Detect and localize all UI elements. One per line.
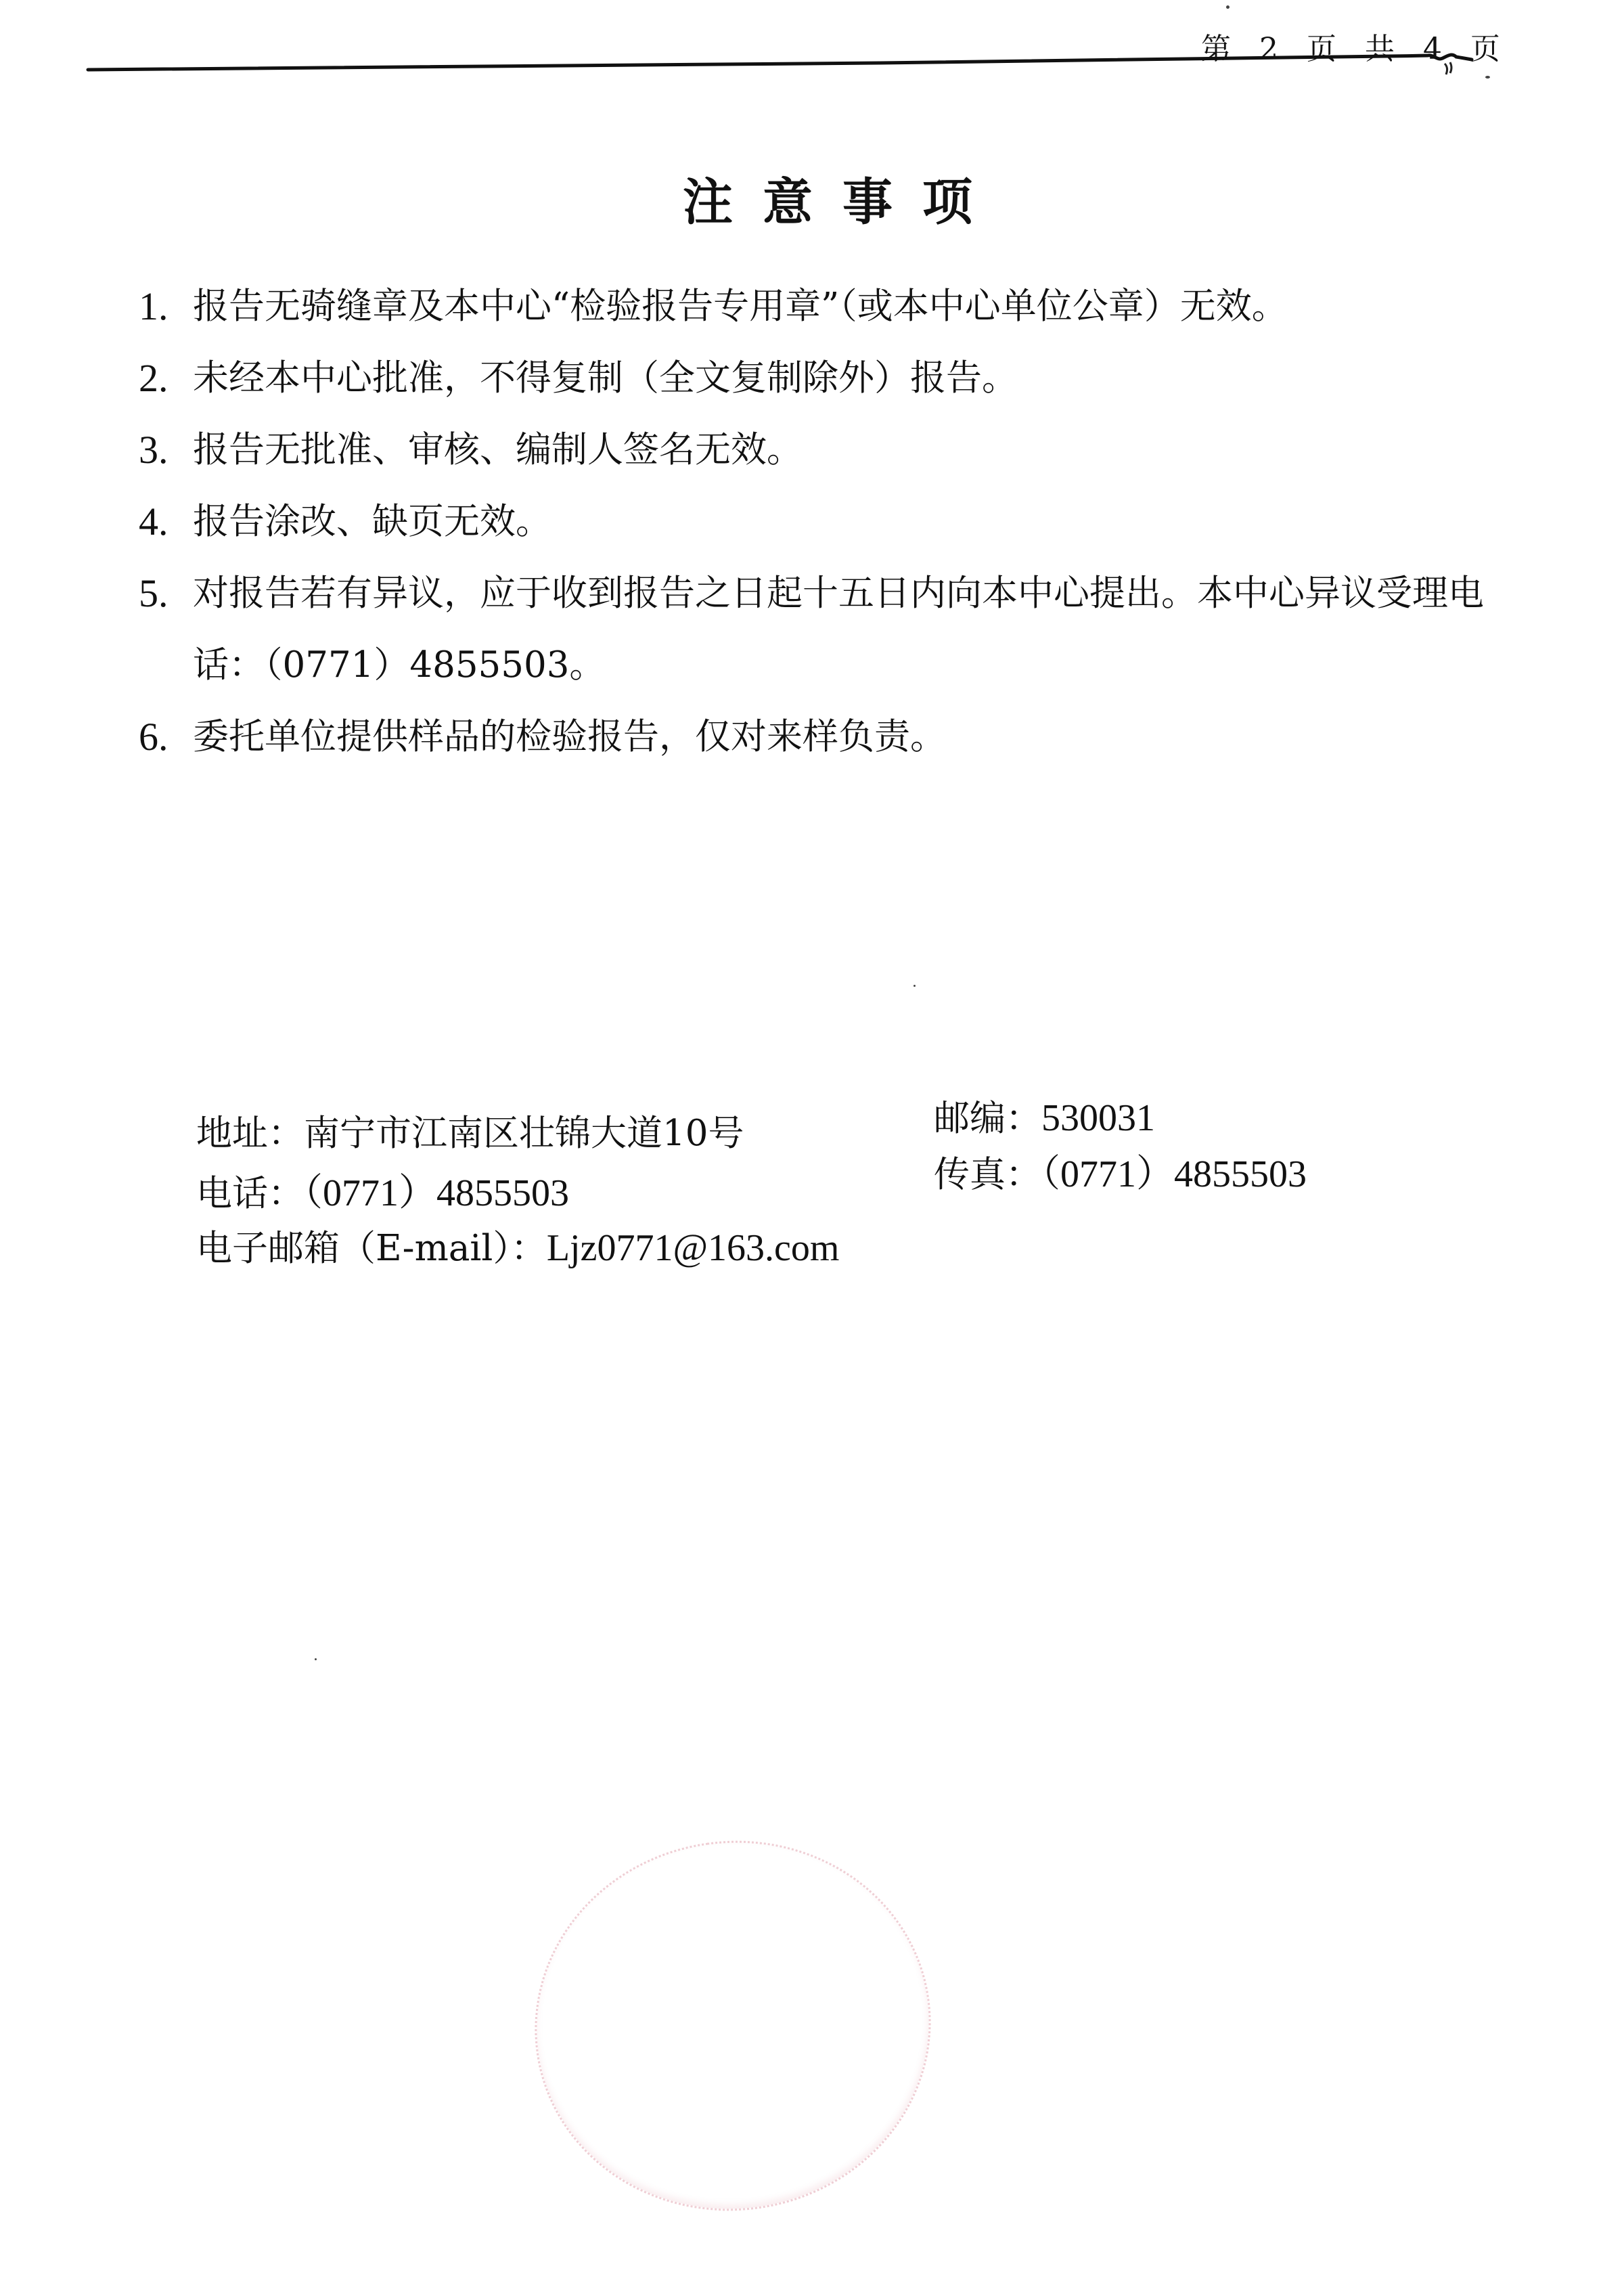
scan-speck (315, 1658, 317, 1660)
contact-fax: 传真：（0771）4855503 (934, 1144, 1307, 1198)
page-indicator: 第 2 页 共 4 页 (1201, 24, 1510, 68)
notice-item: 4. 报告涂改、缺页无效。 (139, 486, 1506, 558)
notice-list: 1. 报告无骑缝章及本中心“检验报告专用章”（或本中心单位公章）无效。 2. 未… (139, 271, 1506, 773)
postcode-value: 530031 (1041, 1097, 1155, 1139)
phone-value: （0771）4855503 (304, 1172, 569, 1214)
scan-speck (1226, 5, 1230, 9)
contact-block: 地址：南宁市江南区壮锦大道10号 邮编：530031 电话：（0771）4855… (196, 1090, 1482, 1293)
notice-text: 委托单位提供样品的检验报告，仅对来样负责。 (193, 701, 1506, 773)
email-value: Ljz0771@163.com (547, 1227, 840, 1269)
notice-text: 对报告若有异议，应于收到报告之日起十五日内向本中心提出。本中心异议受理电话：（0… (193, 558, 1506, 701)
contact-phone: 电话：（0771）4855503 (196, 1163, 569, 1217)
notice-number: 3. (139, 414, 193, 486)
contact-postcode: 邮编：530031 (934, 1090, 1155, 1141)
postcode-label: 邮编： (934, 1098, 1041, 1139)
page-header: 第 2 页 共 4 页 (0, 0, 1624, 95)
notice-text: 未经本中心批准，不得复制（全文复制除外）报告。 (193, 342, 1506, 414)
contact-email: 电子邮箱（E-mail）：Ljz0771@163.com (196, 1220, 839, 1271)
page-title: 注意事项 (0, 162, 1624, 234)
phone-label: 电话： (196, 1173, 304, 1214)
scan-speck (913, 985, 916, 987)
notice-number: 6. (139, 701, 193, 773)
email-label: 电子邮箱（E-mail）： (196, 1228, 547, 1269)
notice-number: 2. (139, 342, 193, 414)
notice-item: 1. 报告无骑缝章及本中心“检验报告专用章”（或本中心单位公章）无效。 (139, 271, 1506, 342)
faded-seal-stamp (511, 1815, 955, 2236)
contact-address: 地址：南宁市江南区壮锦大道10号 (196, 1105, 744, 1156)
fax-label: 传真： (934, 1154, 1041, 1195)
notice-item: 2. 未经本中心批准，不得复制（全文复制除外）报告。 (139, 342, 1506, 414)
notice-item: 6. 委托单位提供样品的检验报告，仅对来样负责。 (139, 701, 1506, 773)
notice-item: 5. 对报告若有异议，应于收到报告之日起十五日内向本中心提出。本中心异议受理电话… (139, 558, 1506, 701)
fax-value: （0771）4855503 (1041, 1153, 1307, 1195)
address-label: 地址： (196, 1113, 304, 1154)
notice-text: 报告无骑缝章及本中心“检验报告专用章”（或本中心单位公章）无效。 (193, 271, 1506, 342)
notice-number: 1. (139, 271, 193, 342)
notice-item: 3. 报告无批准、审核、编制人签名无效。 (139, 414, 1506, 486)
notice-text: 报告涂改、缺页无效。 (193, 486, 1506, 558)
notice-number: 4. (139, 486, 193, 558)
notice-number: 5. (139, 558, 193, 629)
address-value: 南宁市江南区壮锦大道10号 (304, 1113, 744, 1154)
scan-speck (1485, 76, 1490, 79)
notice-text: 报告无批准、审核、编制人签名无效。 (193, 414, 1506, 486)
